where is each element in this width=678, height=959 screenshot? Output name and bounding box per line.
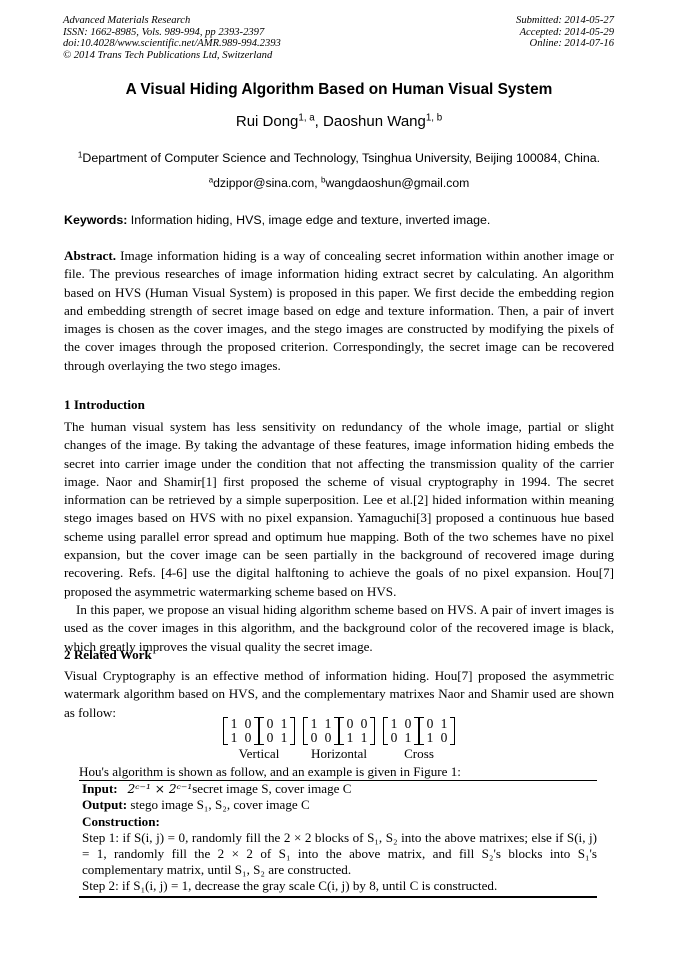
matrix-label: Horizontal: [303, 746, 375, 762]
matrix-cell: 0: [357, 717, 371, 731]
author-affiliation-mark: 1, b: [426, 113, 442, 124]
matrix-cell: 1: [343, 731, 357, 745]
input-text: secret image S, cover image C: [192, 781, 351, 796]
author-name: Daoshun Wang: [323, 113, 426, 130]
author-name: Rui Dong: [236, 113, 299, 130]
email-link[interactable]: dzippor@sina.com: [213, 176, 314, 190]
paper-title: A Visual Hiding Algorithm Based on Human…: [0, 81, 678, 99]
algorithm-step-1: Step 1: if S(i, j) = 0, randomly fill th…: [79, 830, 597, 879]
matrix: 1100: [303, 717, 339, 745]
affiliation-text: Department of Computer Science and Techn…: [82, 151, 600, 165]
matrix-cell: 1: [401, 731, 415, 745]
matrix-cell: 1: [227, 731, 241, 745]
paragraph: Visual Cryptography is an effective meth…: [64, 667, 614, 722]
algorithm-step-2: Step 2: if S₁(i, j) = 1, decrease the gr…: [79, 878, 597, 897]
matrix: 1010: [223, 717, 259, 745]
matrix-cell: 0: [263, 717, 277, 731]
matrix-cell: 1: [423, 731, 437, 745]
matrix-label: Vertical: [223, 746, 295, 762]
matrix-cell: 0: [423, 717, 437, 731]
matrix-cell: 1: [387, 717, 401, 731]
author-separator: ,: [315, 113, 323, 130]
keywords-text: Information hiding, HVS, image edge and …: [127, 213, 490, 227]
matrix-cell: 1: [357, 731, 371, 745]
matrix-cell: 0: [263, 731, 277, 745]
matrix-label: Cross: [383, 746, 455, 762]
matrix-cell: 1: [307, 717, 321, 731]
matrix: 0011: [339, 717, 375, 745]
section-heading-introduction: 1 Introduction: [64, 397, 145, 413]
dates-header: Submitted: 2014-05-27 Accepted: 2014-05-…: [516, 15, 614, 50]
matrix-cell: 0: [401, 717, 415, 731]
algorithm-box: Hou's algorithm is shown as follow, and …: [79, 764, 597, 898]
matrix-pair-body: 11000011: [303, 717, 375, 745]
matrix-cell: 1: [277, 731, 291, 745]
matrix-cell: 0: [241, 731, 255, 745]
input-size-math: 2ᶜ⁻¹ × 2ᶜ⁻¹: [128, 782, 193, 796]
keywords-label: Keywords:: [64, 213, 127, 227]
introduction-body: The human visual system has less sensiti…: [64, 418, 614, 656]
output-label: Output:: [82, 797, 127, 812]
abstract-label: Abstract.: [64, 248, 116, 263]
affiliation: 1Department of Computer Science and Tech…: [0, 151, 678, 165]
matrix-pair-body: 10100101: [223, 717, 295, 745]
matrix-cell: 1: [321, 717, 335, 731]
online-date: Online: 2014-07-16: [516, 38, 614, 50]
matrix-cell: 0: [437, 731, 451, 745]
construction-label: Construction:: [82, 814, 160, 829]
matrix-pair: 10100101Vertical: [223, 716, 295, 762]
doi-line: doi:10.4028/www.scientific.net/AMR.989-9…: [63, 38, 281, 50]
abstract: Abstract. Image information hiding is a …: [64, 247, 614, 375]
author-list: Rui Dong1, a, Daoshun Wang1, b: [0, 113, 678, 130]
section-heading-related-work: 2 Related Work: [64, 647, 152, 663]
matrix-pair: 11000011Horizontal: [303, 716, 375, 762]
matrix: 0110: [419, 717, 455, 745]
author-emails: adzippor@sina.com, bwangdaoshun@gmail.co…: [0, 176, 678, 190]
complementary-matrices: 10100101Vertical11000011Horizontal100101…: [0, 716, 678, 762]
journal-header: Advanced Materials Research ISSN: 1662-8…: [63, 15, 281, 61]
algorithm-construction: Construction:: [79, 814, 597, 830]
matrix-pair: 10010110Cross: [383, 716, 455, 762]
algorithm-input: Input: 2ᶜ⁻¹ × 2ᶜ⁻¹secret image S, cover …: [79, 781, 597, 797]
matrix-cell: 1: [277, 717, 291, 731]
author-affiliation-mark: 1, a: [298, 113, 314, 124]
output-text: stego image S₁, S₂, cover image C: [127, 797, 310, 812]
matrix-cell: 0: [307, 731, 321, 745]
matrix-cell: 0: [387, 731, 401, 745]
matrix: 1001: [383, 717, 419, 745]
journal-name: Advanced Materials Research: [63, 15, 281, 27]
matrix: 0101: [259, 717, 295, 745]
paragraph: The human visual system has less sensiti…: [64, 418, 614, 601]
keywords: Keywords: Information hiding, HVS, image…: [64, 213, 490, 227]
input-label: Input:: [82, 781, 118, 796]
matrix-cell: 0: [241, 717, 255, 731]
copyright-line: © 2014 Trans Tech Publications Ltd, Swit…: [63, 50, 281, 62]
algorithm-output: Output: stego image S₁, S₂, cover image …: [79, 797, 597, 813]
matrix-cell: 1: [437, 717, 451, 731]
accepted-date: Accepted: 2014-05-29: [516, 27, 614, 39]
related-work-body: Visual Cryptography is an effective meth…: [64, 667, 614, 722]
algorithm-intro: Hou's algorithm is shown as follow, and …: [79, 764, 597, 781]
matrix-cell: 0: [343, 717, 357, 731]
matrix-cell: 0: [321, 731, 335, 745]
email-link[interactable]: wangdaoshun@gmail.com: [325, 176, 469, 190]
matrix-pair-body: 10010110: [383, 717, 455, 745]
abstract-text: Image information hiding is a way of con…: [64, 248, 614, 373]
submitted-date: Submitted: 2014-05-27: [516, 15, 614, 27]
matrix-cell: 1: [227, 717, 241, 731]
issn-line: ISSN: 1662-8985, Vols. 989-994, pp 2393-…: [63, 27, 281, 39]
